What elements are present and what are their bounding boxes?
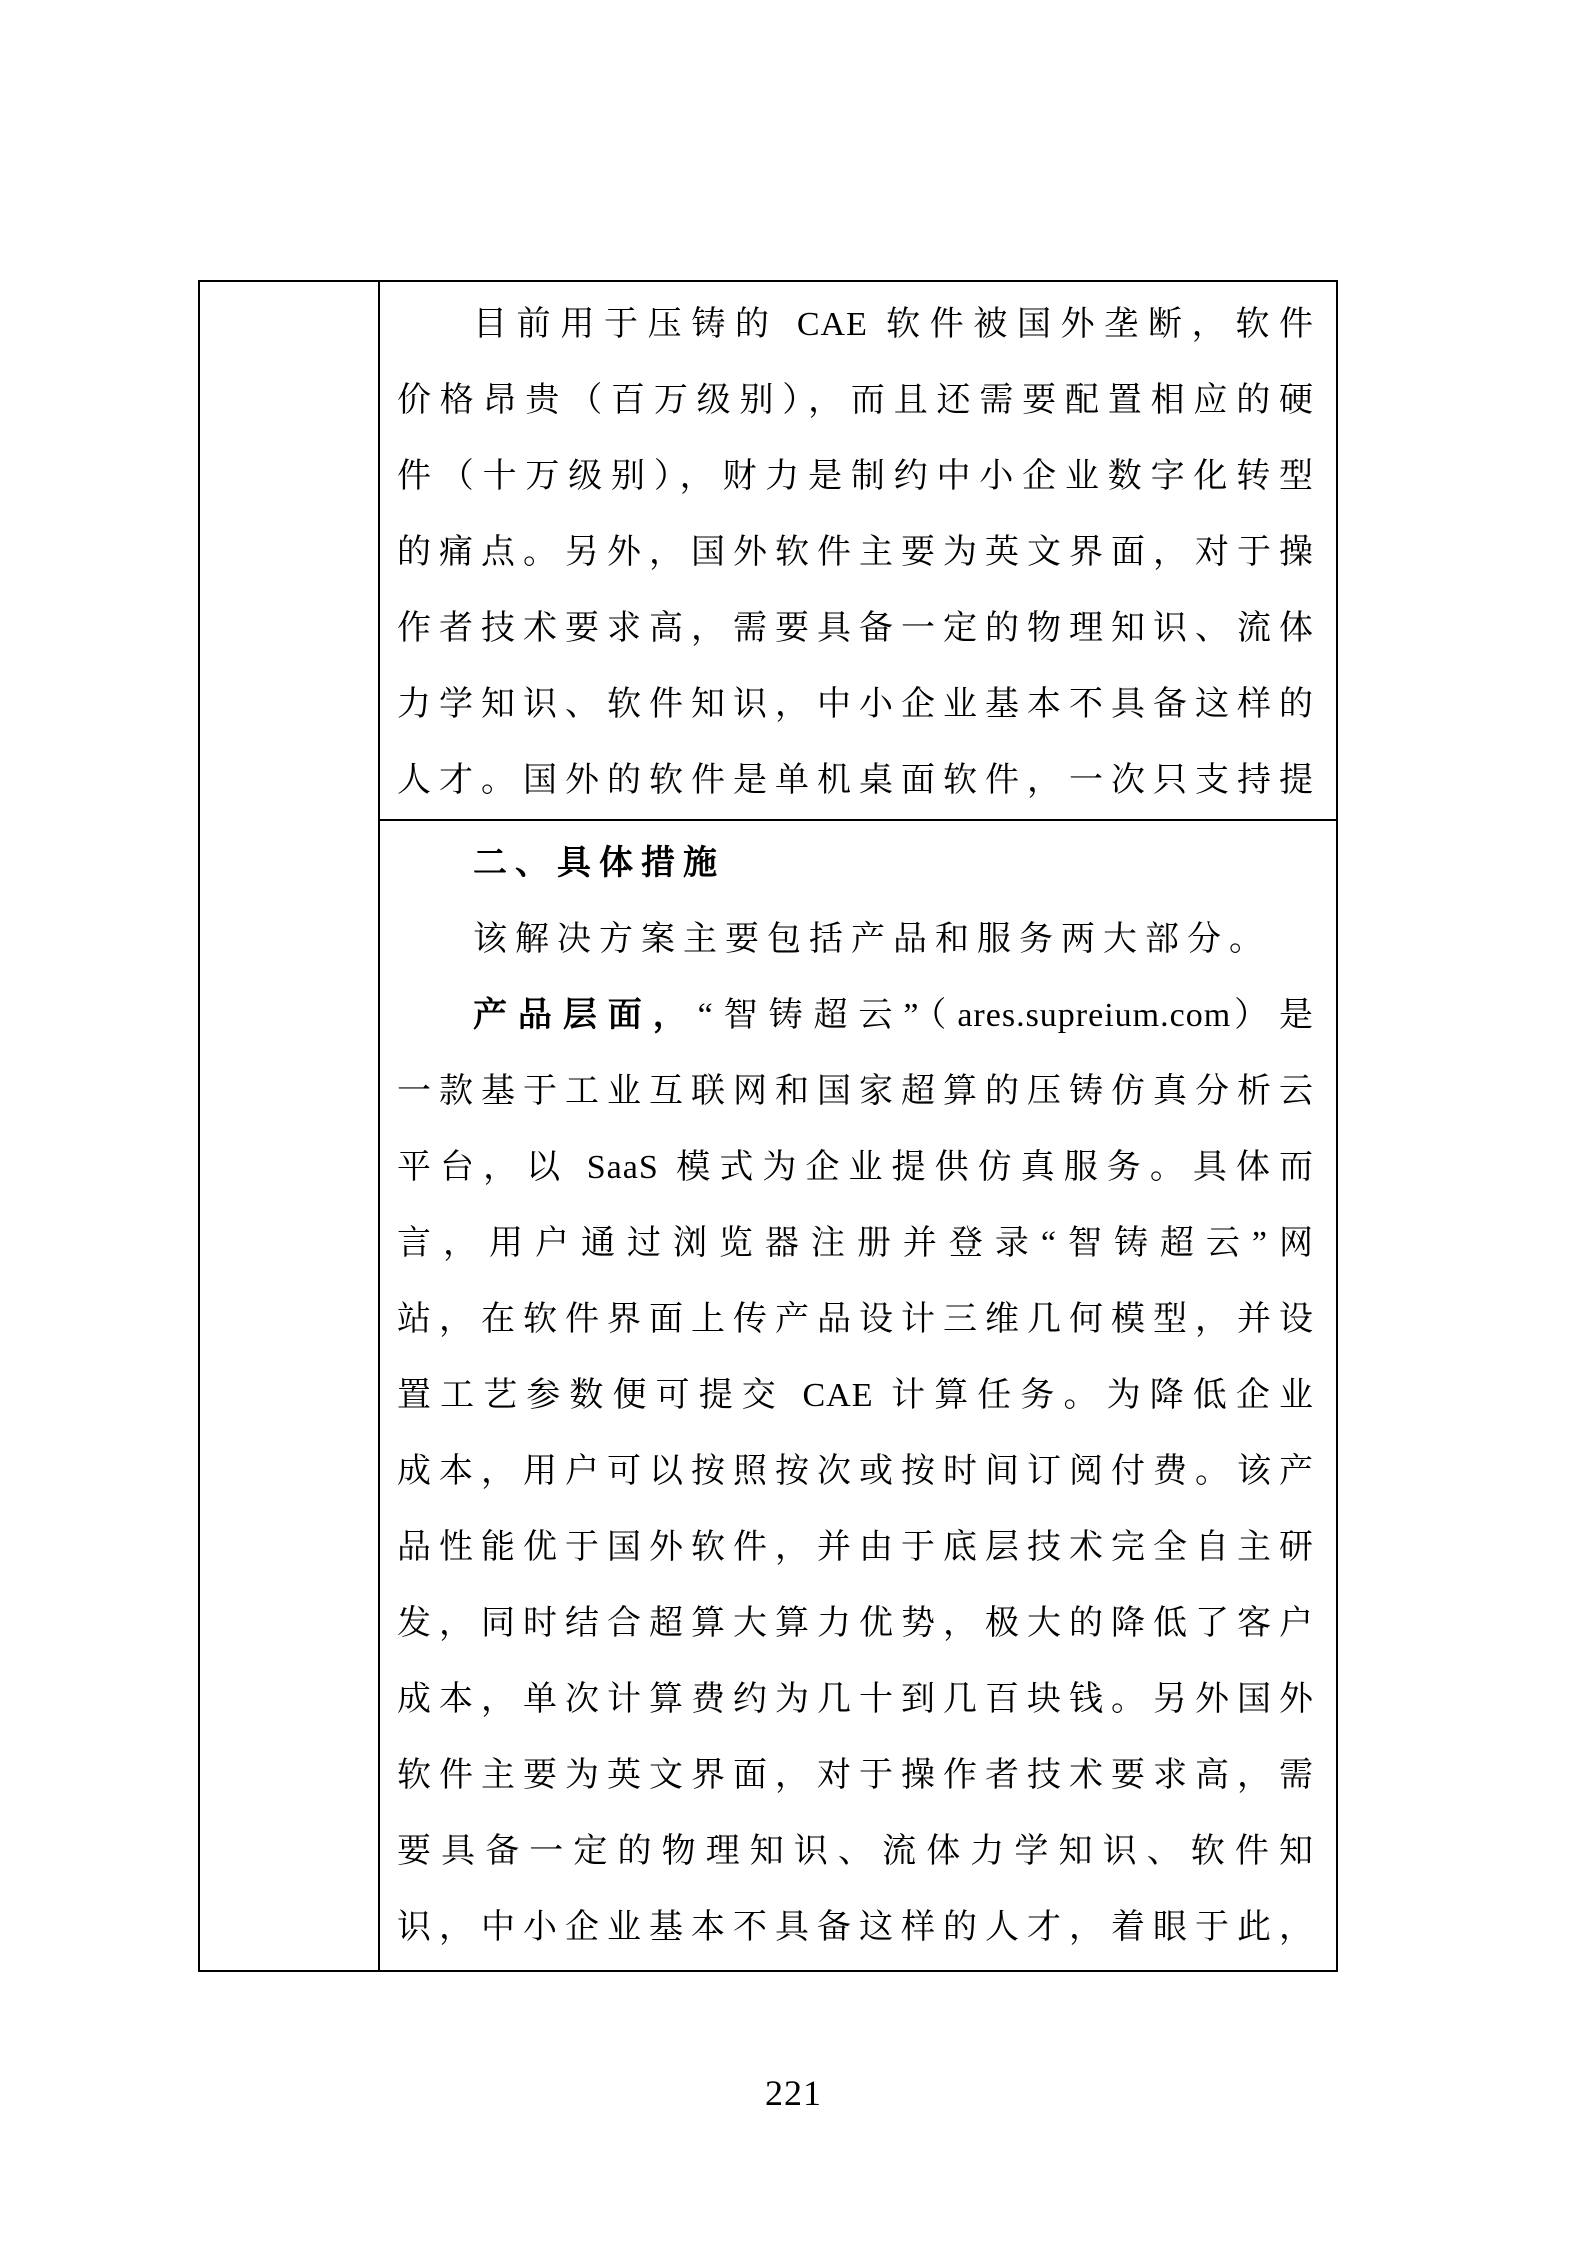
product-lead-bold: 产品层面，	[473, 997, 698, 1034]
problem-paragraph: 目前用于压铸的 CAE 软件被国外垄断，软件价格昂贵（百万级别），而且还需要配置…	[397, 287, 1321, 821]
product-body-text: “智铸超云”（ares.supreium.com）是一款基于工业互联网和国家超算…	[397, 997, 1321, 1970]
page-number: 221	[0, 2072, 1587, 2114]
problem-row-cell: 目前用于压铸的 CAE 软件被国外垄断，软件价格昂贵（百万级别），而且还需要配置…	[380, 282, 1336, 821]
product-paragraph: 产品层面，“智铸超云”（ares.supreium.com）是一款基于工业互联网…	[397, 978, 1321, 1970]
table-right-column: 目前用于压铸的 CAE 软件被国外垄断，软件价格昂贵（百万级别），而且还需要配置…	[380, 282, 1336, 1970]
measures-row-cell: 二、具体措施 该解决方案主要包括产品和服务两大部分。 产品层面，“智铸超云”（a…	[380, 821, 1336, 1970]
content-table: 目前用于压铸的 CAE 软件被国外垄断，软件价格昂贵（百万级别），而且还需要配置…	[198, 280, 1338, 1972]
merged-left-cell	[200, 282, 380, 1970]
document-page: 目前用于压铸的 CAE 软件被国外垄断，软件价格昂贵（百万级别），而且还需要配置…	[0, 0, 1587, 2245]
measures-heading: 二、具体措施	[397, 826, 1321, 902]
solution-intro-paragraph: 该解决方案主要包括产品和服务两大部分。	[397, 902, 1321, 978]
